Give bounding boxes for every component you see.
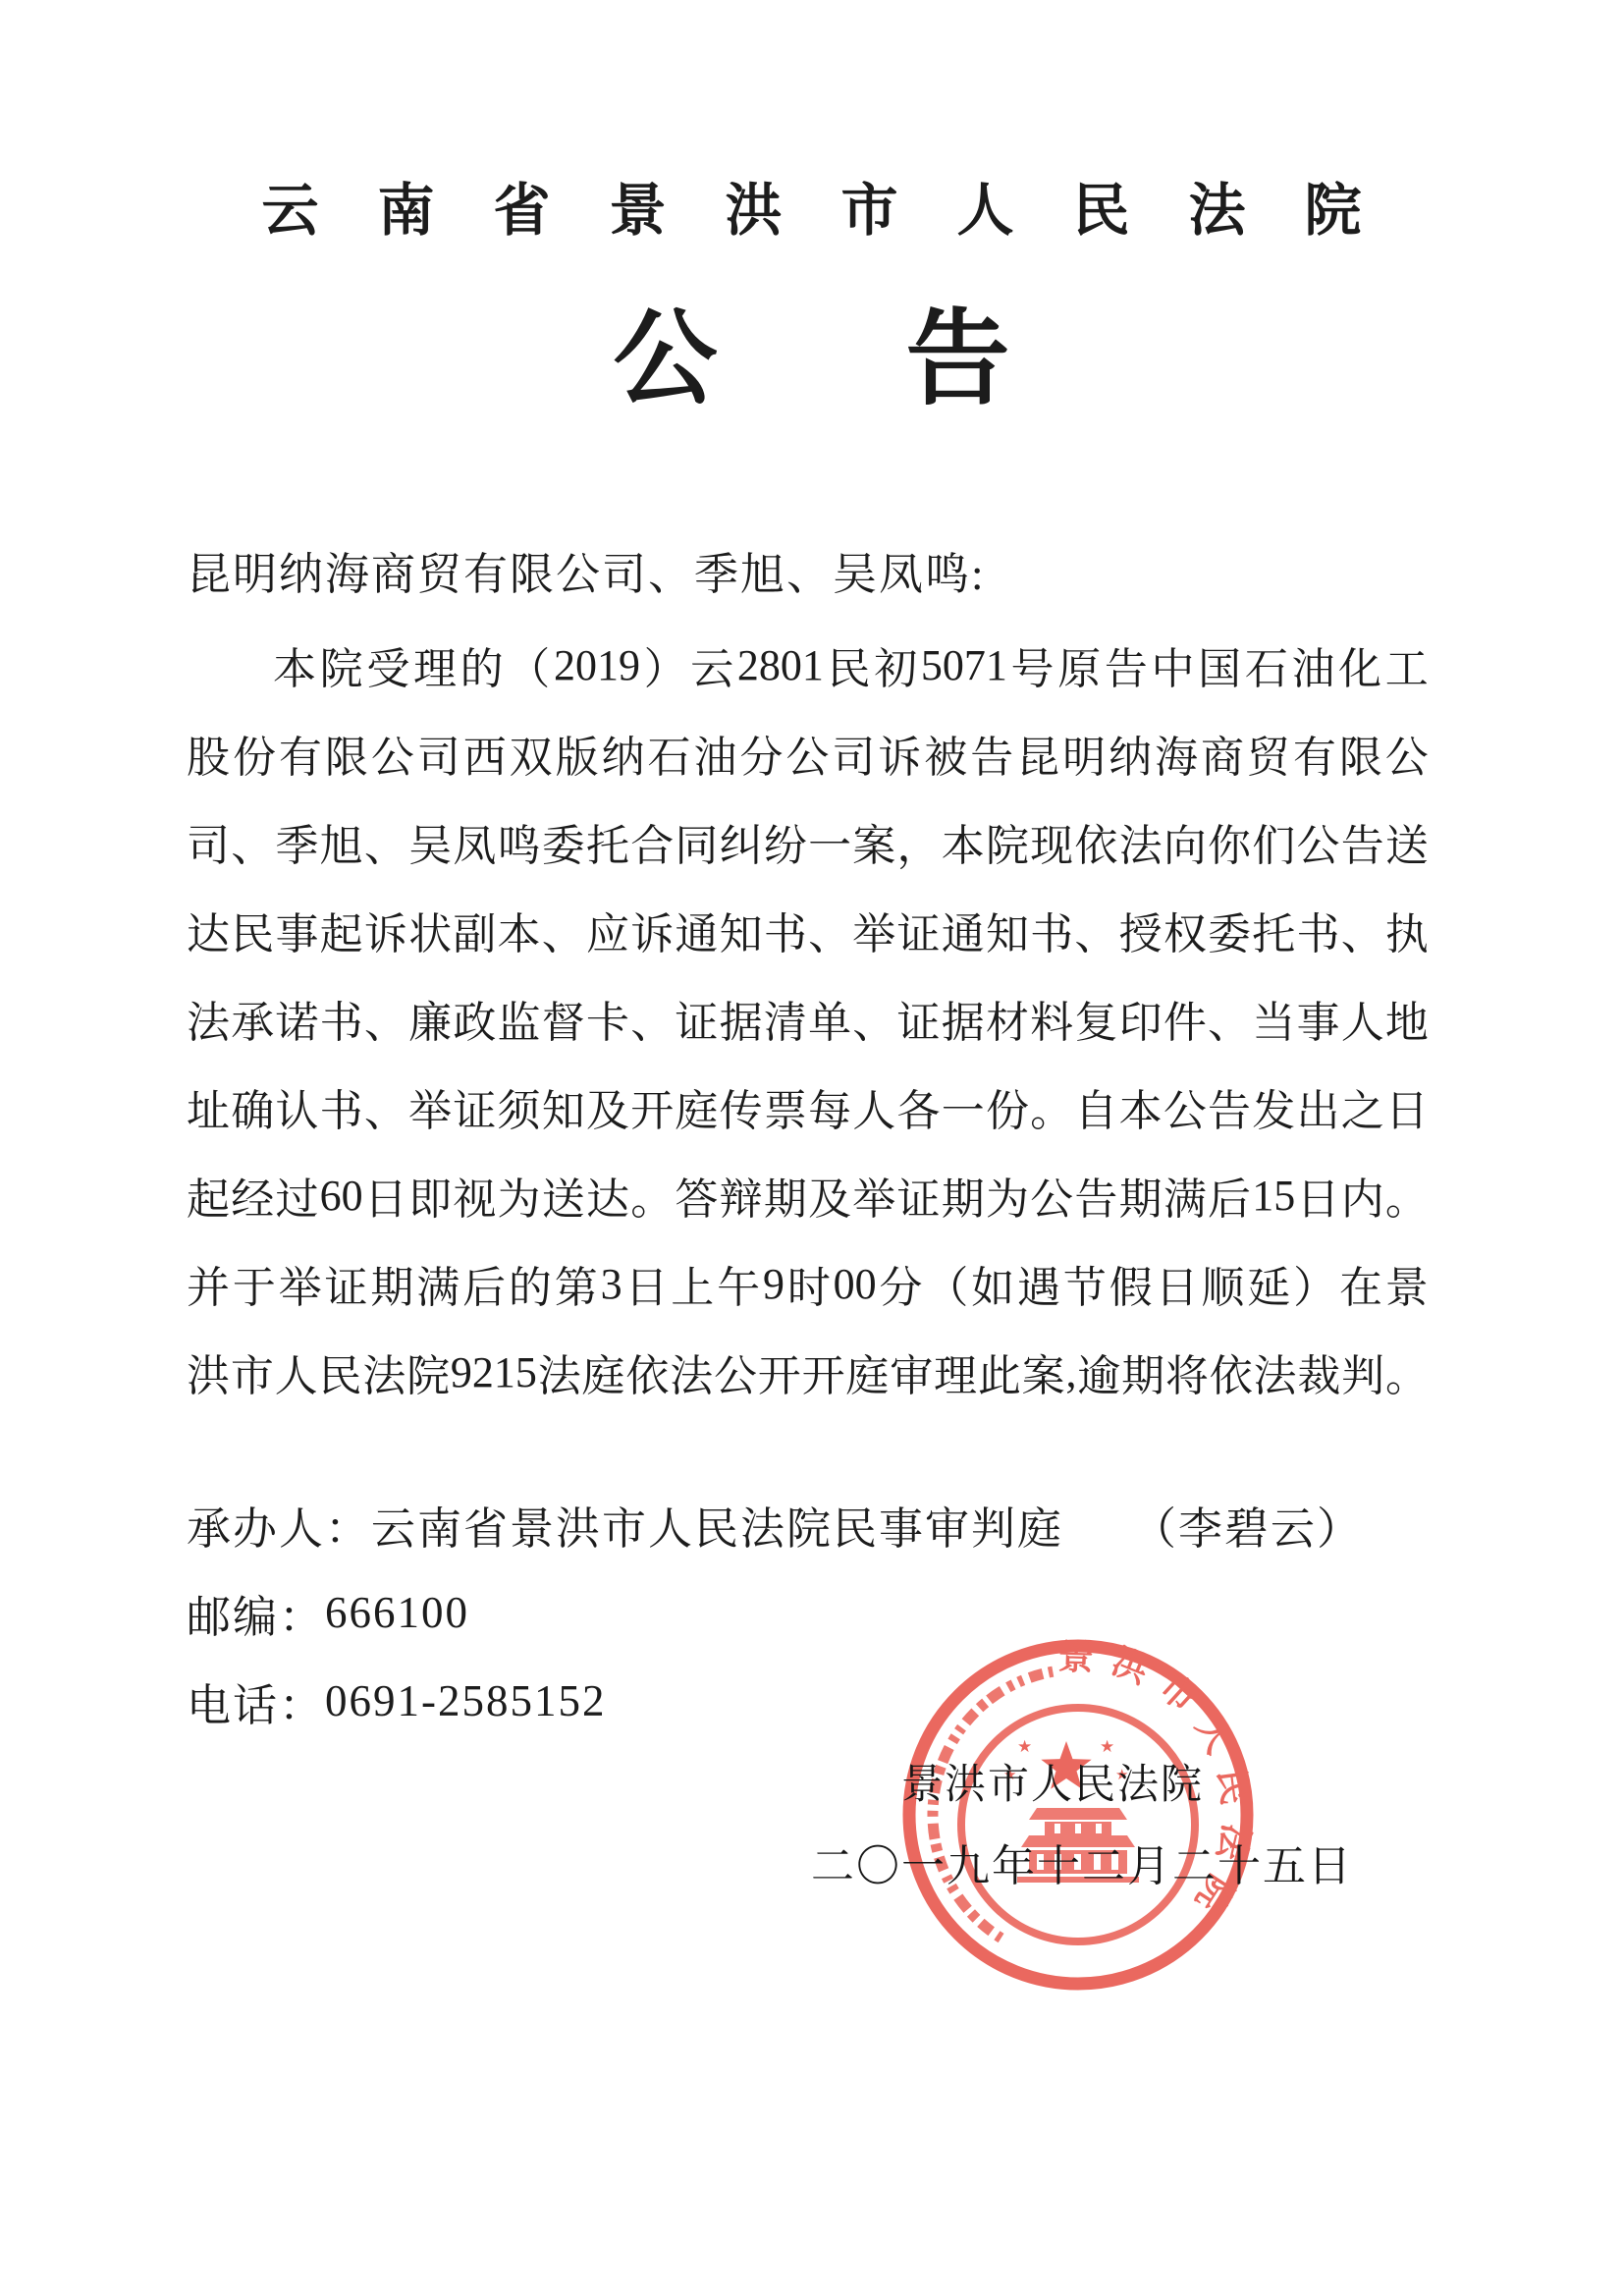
body-paragraph: 本院受理的（2019）云2801民初5071号原告中国石油化工 股份有限公司西双… <box>187 621 1429 1416</box>
body-line: 洪市人民法院9215法庭依法公开开庭审理此案,逾期将依法裁判。 <box>187 1328 1429 1416</box>
body-line: 起经过60日即视为送达。答辩期及举证期为公告期满后15日内。 <box>187 1151 1429 1239</box>
body-line: 股份有限公司西双版纳石油分公司诉被告昆明纳海商贸有限公 <box>187 709 1429 797</box>
body-line: 法承诺书、廉政监督卡、证据清单、证据材料复印件、当事人地 <box>187 974 1429 1063</box>
announcement-page: 云南省景洪市人民法院 公告 昆明纳海商贸有限公司、季旭、吴凤鸣: 本院受理的（2… <box>0 0 1623 2296</box>
small-star-icon: ★ <box>1100 1737 1114 1756</box>
small-star-icon: ★ <box>1017 1737 1032 1756</box>
postcode-value: 666100 <box>325 1587 469 1638</box>
official-seal: 景洪市人民法院 ★ ★ ★ ★ <box>882 1618 1274 2011</box>
body-line: 并于举证期满后的第3日上午9时00分（如遇节假日顺延）在景 <box>187 1239 1429 1328</box>
postcode-label: 邮编： <box>187 1581 325 1645</box>
body-line: 司、季旭、吴凤鸣委托合同纠纷一案，本院现依法向你们公告送 <box>187 797 1429 886</box>
body-line: 本院受理的（2019）云2801民初5071号原告中国石油化工 <box>187 621 1429 709</box>
handler-label: 承办人： <box>187 1493 371 1557</box>
body-line: 址确认书、举证须知及开庭传票每人各一份。自本公告发出之日 <box>187 1063 1429 1151</box>
phone-label: 电话： <box>187 1669 325 1733</box>
document-title: 公告 <box>94 302 1623 418</box>
handler-value: 云南省景洪市人民法院民事审判庭 <box>371 1493 1063 1557</box>
salutation-line: 昆明纳海商贸有限公司、季旭、吴凤鸣: <box>187 530 1429 619</box>
handler-person-name: （李碧云） <box>1132 1493 1363 1557</box>
court-name-title: 云南省景洪市人民法院 <box>29 181 1623 242</box>
official-seal-graphic: 景洪市人民法院 ★ ★ ★ ★ <box>882 1618 1274 2011</box>
handler-row: 承办人：云南省景洪市人民法院民事审判庭（李碧云） <box>187 1480 1429 1568</box>
phone-value: 0691-2585152 <box>325 1675 607 1726</box>
issue-date: 二〇一九年十二月二十五日 <box>811 1842 1353 1891</box>
court-signature: 景洪市人民法院 <box>901 1762 1204 1809</box>
body-line: 达民事起诉状副本、应诉通知书、举证通知书、授权委托书、执 <box>187 886 1429 974</box>
